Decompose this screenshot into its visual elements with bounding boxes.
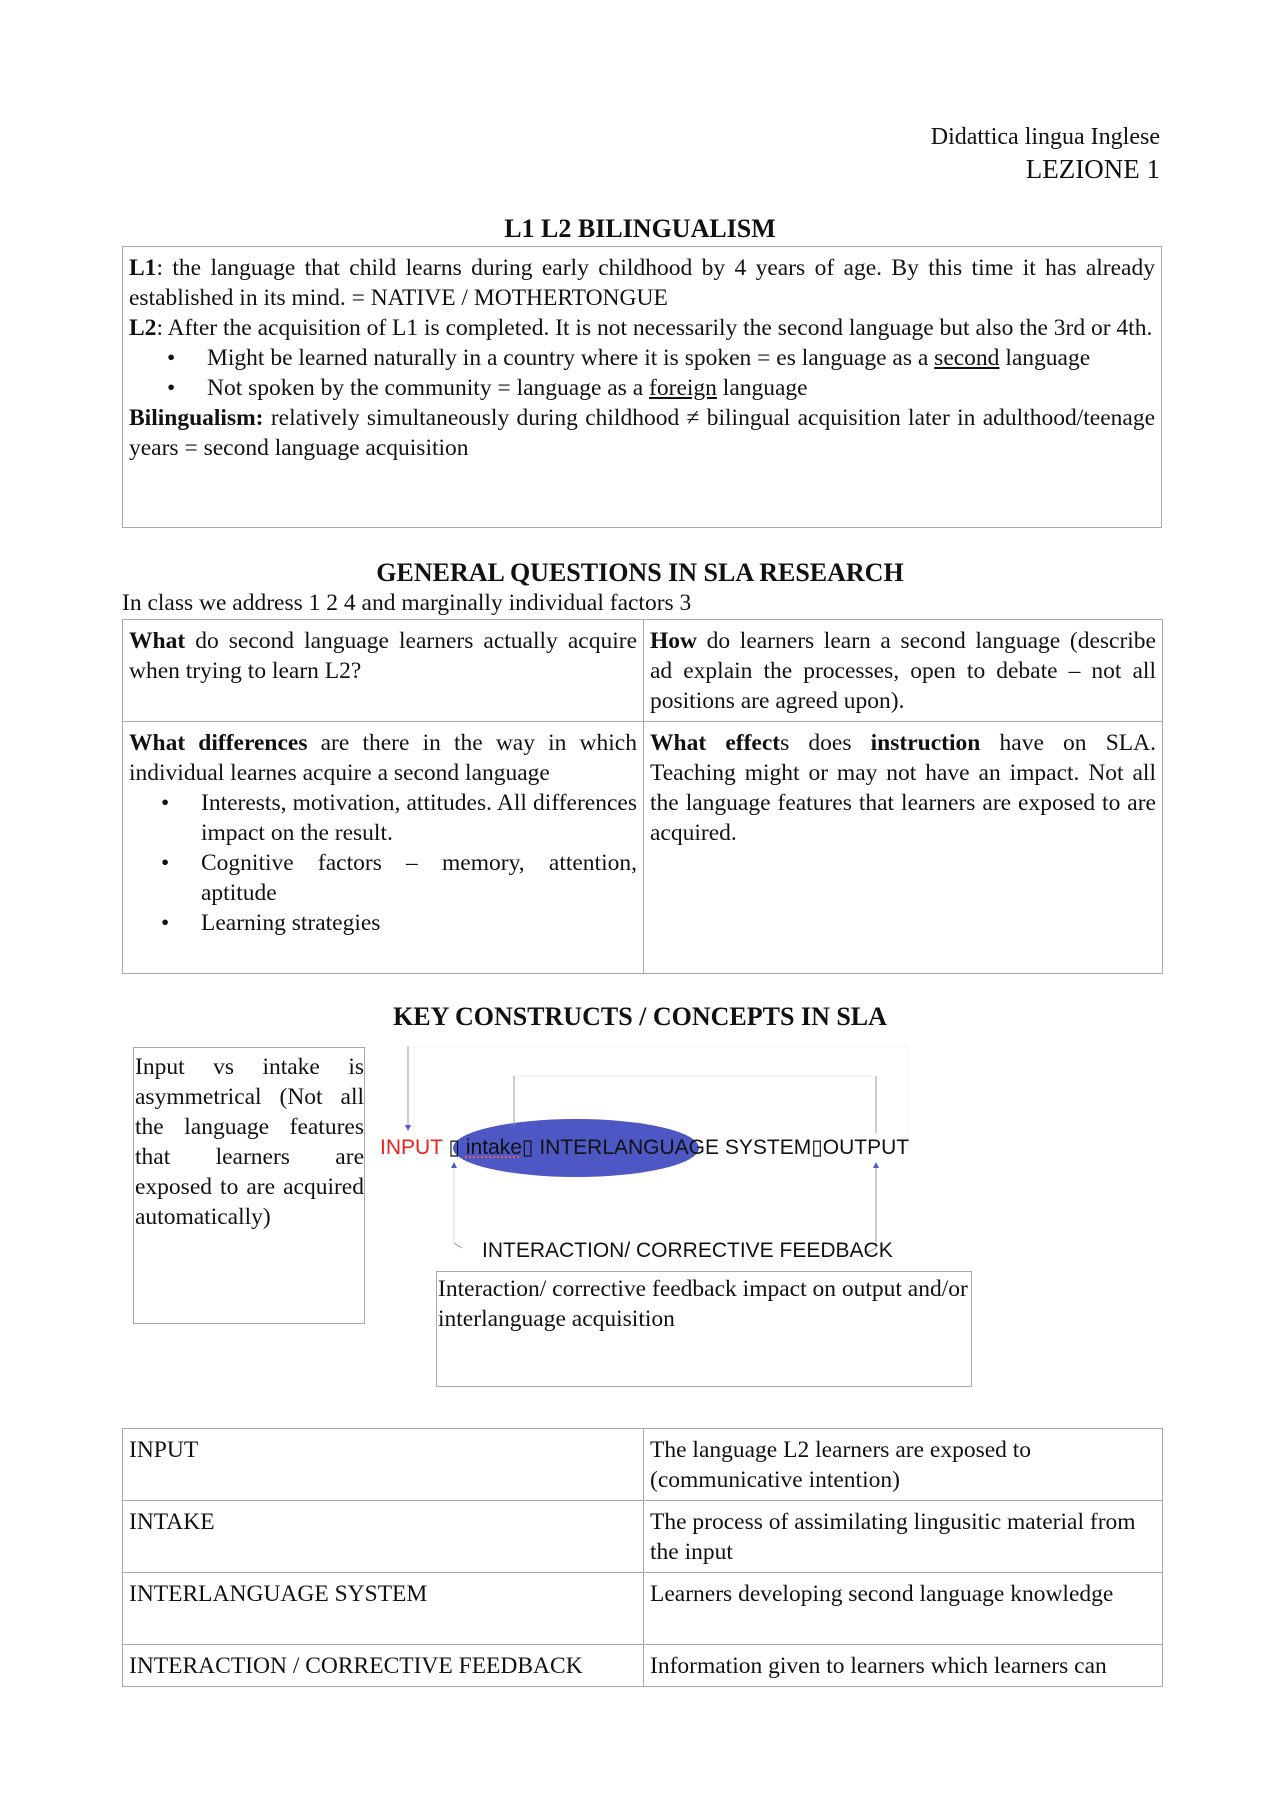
bullet-text: language xyxy=(999,345,1090,371)
l1-label: L1 xyxy=(129,255,156,281)
feedback-note-box: Interaction/ corrective feedback impact … xyxy=(436,1271,972,1387)
section-title-general-questions: GENERAL QUESTIONS IN SLA RESEARCH xyxy=(0,558,1280,588)
bullet-text: language xyxy=(717,375,808,401)
underlined-term: second xyxy=(934,345,999,371)
l2-label: L2 xyxy=(129,315,156,341)
question-how: How do learners learn a second language … xyxy=(644,620,1163,722)
glossary-term: INTAKE xyxy=(123,1501,644,1573)
question-keyword: instruction xyxy=(871,730,981,756)
glossary-table: INPUT The language L2 learners are expos… xyxy=(122,1428,1163,1687)
table-row: INTERACTION / CORRECTIVE FEEDBACK Inform… xyxy=(123,1645,1163,1687)
list-item: Interests, motivation, attitudes. All di… xyxy=(201,788,637,848)
bilingualism-text: relatively simultaneously during childho… xyxy=(129,405,1155,461)
side-note-box: Input vs intake is asymmetrical (Not all… xyxy=(133,1047,365,1324)
glossary-definition: Information given to learners which lear… xyxy=(644,1645,1163,1687)
sla-process-diagram: INPUT ▯ intake▯ INTERLANGUAGE SYSTEM▯OUT… xyxy=(376,1043,916,1268)
underlined-term: foreign xyxy=(649,375,717,401)
section-title-bilingualism: L1 L2 BILINGUALISM xyxy=(0,214,1280,244)
section-title-key-constructs: KEY CONSTRUCTS / CONCEPTS IN SLA xyxy=(0,1002,1280,1032)
question-text: do second language learners actually acq… xyxy=(129,628,637,684)
glossary-definition: Learners developing second language know… xyxy=(644,1573,1163,1645)
diagram-input-label: INPUT xyxy=(380,1136,443,1159)
diagram-output-label: OUTPUT xyxy=(823,1136,909,1159)
questions-table: What do second language learners actuall… xyxy=(122,619,1163,974)
l2-definition: L2: After the acquisition of L1 is compl… xyxy=(129,313,1155,343)
bullet-text: Might be learned naturally in a country … xyxy=(207,345,934,371)
diagram-interlanguage-label: INTERLANGUAGE SYSTEM xyxy=(539,1136,811,1159)
section-subtitle: In class we address 1 2 4 and marginally… xyxy=(122,590,691,617)
glossary-definition: The process of assimilating lingusitic m… xyxy=(644,1501,1163,1573)
bullet-text: Not spoken by the community = language a… xyxy=(207,375,649,401)
arrow-placeholder-icon: ▯ xyxy=(448,1136,460,1159)
glossary-definition: The language L2 learners are exposed to … xyxy=(644,1429,1163,1501)
l1-text: : the language that child learns during … xyxy=(129,255,1155,311)
bilingualism-definition: Bilingualism: relatively simultaneously … xyxy=(129,403,1155,463)
question-keyword: What xyxy=(129,628,185,654)
list-item: Might be learned naturally in a country … xyxy=(207,343,1155,373)
question-differences: What differences are there in the way in… xyxy=(123,722,644,974)
glossary-term: INPUT xyxy=(123,1429,644,1501)
bilingualism-label: Bilingualism: xyxy=(129,405,264,431)
list-item: Learning strategies xyxy=(201,908,637,938)
question-text: do learners learn a second language (des… xyxy=(650,628,1156,714)
table-row: INPUT The language L2 learners are expos… xyxy=(123,1429,1163,1501)
diagram-flow: INPUT ▯ intake▯ INTERLANGUAGE SYSTEM▯OUT… xyxy=(380,1135,909,1160)
question-instruction: What effects does instruction have on SL… xyxy=(644,722,1163,974)
l1-definition: L1: the language that child learns durin… xyxy=(129,253,1155,313)
bilingualism-box: L1: the language that child learns durin… xyxy=(122,246,1162,528)
table-row: INTERLANGUAGE SYSTEM Learners developing… xyxy=(123,1573,1163,1645)
question-text: s does xyxy=(780,730,871,756)
glossary-term: INTERACTION / CORRECTIVE FEEDBACK xyxy=(123,1645,644,1687)
glossary-term: INTERLANGUAGE SYSTEM xyxy=(123,1573,644,1645)
l2-bullets: Might be learned naturally in a country … xyxy=(129,343,1155,403)
lesson-label: LEZIONE 1 xyxy=(1026,154,1160,185)
differences-bullets: Interests, motivation, attitudes. All di… xyxy=(129,788,637,938)
question-keyword: How xyxy=(650,628,697,654)
diagram-feedback-label: INTERACTION/ CORRECTIVE FEEDBACK xyxy=(482,1239,893,1263)
course-name: Didattica lingua Inglese xyxy=(931,124,1160,151)
arrow-placeholder-icon: ▯ xyxy=(811,1136,823,1159)
question-keyword: What differences xyxy=(129,730,307,756)
diagram-intake-label: intake xyxy=(466,1136,522,1159)
question-what: What do second language learners actuall… xyxy=(123,620,644,722)
list-item: Not spoken by the community = language a… xyxy=(207,373,1155,403)
question-keyword: What effect xyxy=(650,730,780,756)
l2-text: : After the acquisition of L1 is complet… xyxy=(156,315,1152,341)
arrow-placeholder-icon: ▯ xyxy=(522,1136,534,1159)
table-row: INTAKE The process of assimilating lingu… xyxy=(123,1501,1163,1573)
list-item: Cognitive factors – memory, attention, a… xyxy=(201,848,637,908)
